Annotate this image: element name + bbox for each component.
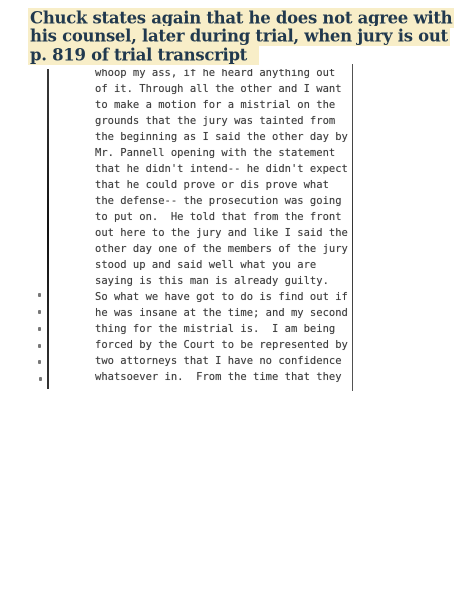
transcript-line: So what we have got to do is find out if [95, 289, 350, 305]
transcript-line: to make a motion for a mistrial on the [95, 97, 350, 113]
transcript-line: out here to the jury and like I said the [95, 225, 350, 241]
transcript-line: of it. Through all the other and I want [95, 81, 350, 97]
transcript-line: whoop my ass, if he heard anything out [95, 69, 350, 81]
transcript-line: to put on. He told that from the front [95, 209, 350, 225]
margin-mark [38, 293, 41, 297]
transcript-line: he was insane at the time; and my second [95, 305, 350, 321]
transcript-line: other day one of the members of the jury [95, 241, 350, 257]
transcript-line: that he didn't intend-- he didn't expect [95, 161, 350, 177]
transcript-line: saying is this man is already guilty. [95, 273, 350, 289]
transcript-scan: whoop my ass, if he heard anything out o… [0, 0, 474, 613]
right-margin-rule [352, 64, 353, 391]
transcript-line: that he could prove or dis prove what [95, 177, 350, 193]
document-page: Chuck states again that he does not agre… [0, 0, 474, 613]
transcript-line: grounds that the jury was tainted from [95, 113, 350, 129]
left-margin-rule [47, 69, 49, 389]
margin-mark [38, 327, 41, 331]
transcript-clip: whoop my ass, if he heard anything out o… [50, 69, 350, 389]
transcript-line: two attorneys that I have no confidence [95, 353, 350, 369]
margin-mark [38, 360, 41, 364]
transcript-line: stood up and said well what you are [95, 257, 350, 273]
transcript-line: whatsoever in. From the time that they [95, 369, 350, 385]
transcript-line: the beginning as I said the other day by [95, 129, 350, 145]
transcript-line: Mr. Pannell opening with the statement [95, 145, 350, 161]
margin-mark [38, 310, 41, 314]
transcript-line: forced by the Court to be represented by [95, 337, 350, 353]
transcript-line: the defense-- the prosecution was going [95, 193, 350, 209]
margin-mark [38, 344, 41, 348]
transcript-text: whoop my ass, if he heard anything out o… [50, 69, 350, 385]
transcript-line: thing for the mistrial is. I am being [95, 321, 350, 337]
margin-mark [39, 377, 42, 381]
